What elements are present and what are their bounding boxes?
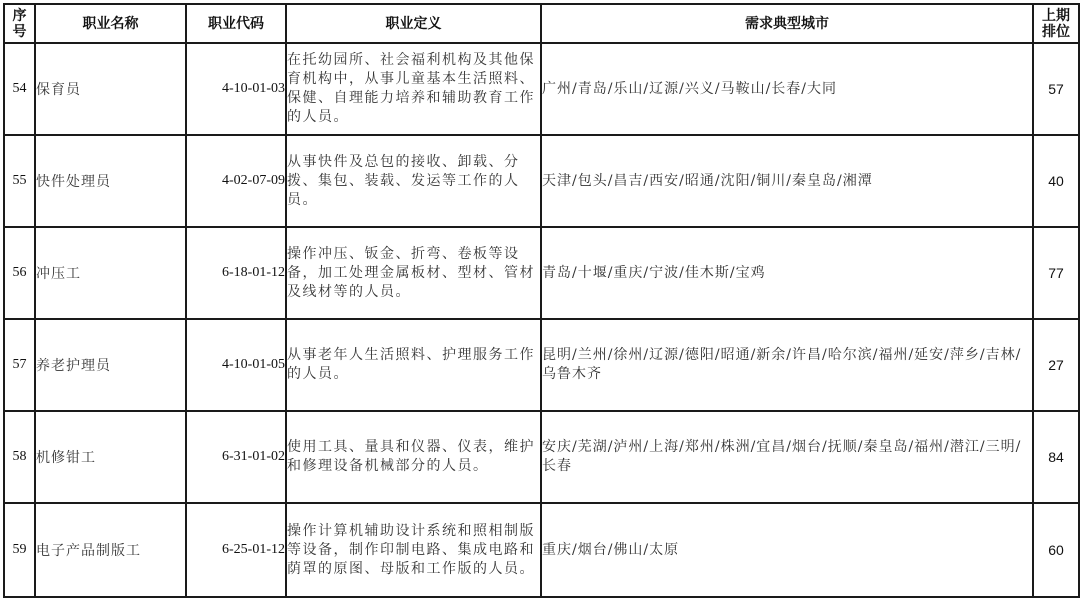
- cell-cities: 青岛/十堰/重庆/宁波/佳木斯/宝鸡: [541, 227, 1033, 319]
- cell-occupation-name: 冲压工: [35, 227, 186, 319]
- header-seq-label: 序 号: [5, 8, 34, 40]
- cell-prev-rank: 84: [1033, 411, 1079, 503]
- cell-cities: 广州/青岛/乐山/辽源/兴义/马鞍山/长春/大同: [541, 43, 1033, 135]
- cell-definition: 从事快件及总包的接收、卸载、分拨、集包、装载、发运等工作的人员。: [286, 135, 541, 227]
- header-seq: 序 号: [4, 4, 35, 43]
- header-name: 职业名称: [35, 4, 186, 43]
- header-code: 职业代码: [186, 4, 286, 43]
- occupation-table: 序 号 职业名称 职业代码 职业定义 需求典型城市 上期 排位 54 保育员 4…: [3, 3, 1080, 598]
- cell-seq: 59: [4, 503, 35, 597]
- cell-occupation-name: 养老护理员: [35, 319, 186, 411]
- cell-definition: 在托幼园所、社会福利机构及其他保育机构中，从事儿童基本生活照料、保健、自理能力培…: [286, 43, 541, 135]
- cell-occupation-code: 6-31-01-02: [186, 411, 286, 503]
- table-row: 56 冲压工 6-18-01-12 操作冲压、钣金、折弯、卷板等设备，加工处理金…: [4, 227, 1079, 319]
- cell-cities: 天津/包头/昌吉/西安/昭通/沈阳/铜川/秦皇岛/湘潭: [541, 135, 1033, 227]
- cell-prev-rank: 77: [1033, 227, 1079, 319]
- cell-prev-rank: 57: [1033, 43, 1079, 135]
- cell-occupation-name: 保育员: [35, 43, 186, 135]
- cell-seq: 57: [4, 319, 35, 411]
- table-row: 55 快件处理员 4-02-07-09 从事快件及总包的接收、卸载、分拨、集包、…: [4, 135, 1079, 227]
- cell-cities: 昆明/兰州/徐州/辽源/德阳/昭通/新余/许昌/哈尔滨/福州/延安/萍乡/吉林/…: [541, 319, 1033, 411]
- table-row: 57 养老护理员 4-10-01-05 从事老年人生活照料、护理服务工作的人员。…: [4, 319, 1079, 411]
- table-row: 54 保育员 4-10-01-03 在托幼园所、社会福利机构及其他保育机构中，从…: [4, 43, 1079, 135]
- cell-occupation-code: 4-02-07-09: [186, 135, 286, 227]
- cell-definition: 操作计算机辅助设计系统和照相制版等设备，制作印制电路、集成电路和荫罩的原图、母版…: [286, 503, 541, 597]
- cell-prev-rank: 40: [1033, 135, 1079, 227]
- header-definition: 职业定义: [286, 4, 541, 43]
- cell-occupation-code: 6-18-01-12: [186, 227, 286, 319]
- cell-occupation-name: 电子产品制版工: [35, 503, 186, 597]
- cell-seq: 56: [4, 227, 35, 319]
- header-prev-rank: 上期 排位: [1033, 4, 1079, 43]
- table-row: 58 机修钳工 6-31-01-02 使用工具、量具和仪器、仪表，维护和修理设备…: [4, 411, 1079, 503]
- cell-occupation-name: 机修钳工: [35, 411, 186, 503]
- header-row: 序 号 职业名称 职业代码 职业定义 需求典型城市 上期 排位: [4, 4, 1079, 43]
- cell-cities: 安庆/芜湖/泸州/上海/郑州/株洲/宜昌/烟台/抚顺/秦皇岛/福州/潜江/三明/…: [541, 411, 1033, 503]
- cell-prev-rank: 60: [1033, 503, 1079, 597]
- cell-cities: 重庆/烟台/佛山/太原: [541, 503, 1033, 597]
- cell-definition: 从事老年人生活照料、护理服务工作的人员。: [286, 319, 541, 411]
- cell-seq: 54: [4, 43, 35, 135]
- cell-prev-rank: 27: [1033, 319, 1079, 411]
- header-prev-rank-label: 上期 排位: [1034, 8, 1078, 40]
- table-row: 59 电子产品制版工 6-25-01-12 操作计算机辅助设计系统和照相制版等设…: [4, 503, 1079, 597]
- cell-definition: 使用工具、量具和仪器、仪表，维护和修理设备机械部分的人员。: [286, 411, 541, 503]
- cell-seq: 58: [4, 411, 35, 503]
- cell-definition: 操作冲压、钣金、折弯、卷板等设备，加工处理金属板材、型材、管材及线材等的人员。: [286, 227, 541, 319]
- cell-occupation-code: 4-10-01-05: [186, 319, 286, 411]
- cell-occupation-code: 4-10-01-03: [186, 43, 286, 135]
- header-cities: 需求典型城市: [541, 4, 1033, 43]
- cell-occupation-name: 快件处理员: [35, 135, 186, 227]
- cell-occupation-code: 6-25-01-12: [186, 503, 286, 597]
- cell-seq: 55: [4, 135, 35, 227]
